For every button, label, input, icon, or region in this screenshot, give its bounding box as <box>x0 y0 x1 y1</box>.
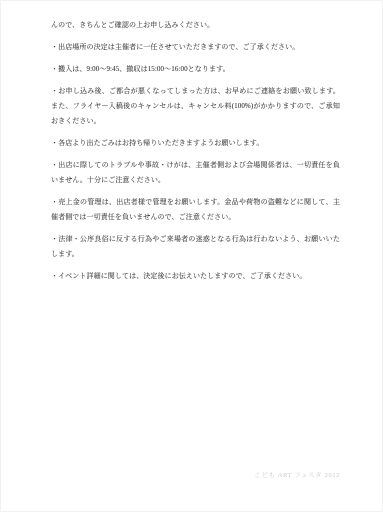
notice-paragraph: ・出店に際してのトラブルや事故・けがは、主催者側および会場関係者は、一切責任を負… <box>51 158 340 188</box>
notice-paragraph: ・イベント詳細に関しては、決定後にお伝えいたしますので、ご了承ください。 <box>51 269 340 284</box>
notice-paragraph: んので、きちんとご確認の上お申し込みください。 <box>51 18 340 33</box>
notice-text-block: んので、きちんとご確認の上お申し込みください。 ・出店場所の決定は主催者に一任さ… <box>51 18 340 291</box>
notice-paragraph: ・売上金の管理は、出店者様で管理をお願いします。金品や荷物の盗難などに関して、主… <box>51 195 340 225</box>
notice-paragraph: ・お申し込み後、ご都合が悪くなってしまった方は、お早めにご連絡をお願い致します。… <box>51 84 340 129</box>
notice-paragraph: ・搬入は、9:00〜9:45、撤収は15:00〜16:00となります。 <box>51 62 340 77</box>
notice-paragraph: ・法律・公序良俗に反する行為やご来場者の迷惑となる行為は行わないよう、お願いいた… <box>51 232 340 262</box>
notice-paragraph: ・各店より出たごみはお持ち帰りいただきますようお願いします。 <box>51 136 340 151</box>
notice-paragraph: ・出店場所の決定は主催者に一任させていただきますので、ご了承ください。 <box>51 40 340 55</box>
document-page: んので、きちんとご確認の上お申し込みください。 ・出店場所の決定は主催者に一任さ… <box>0 0 383 512</box>
footer-label: こども ART フェスタ 2022 <box>254 471 340 481</box>
